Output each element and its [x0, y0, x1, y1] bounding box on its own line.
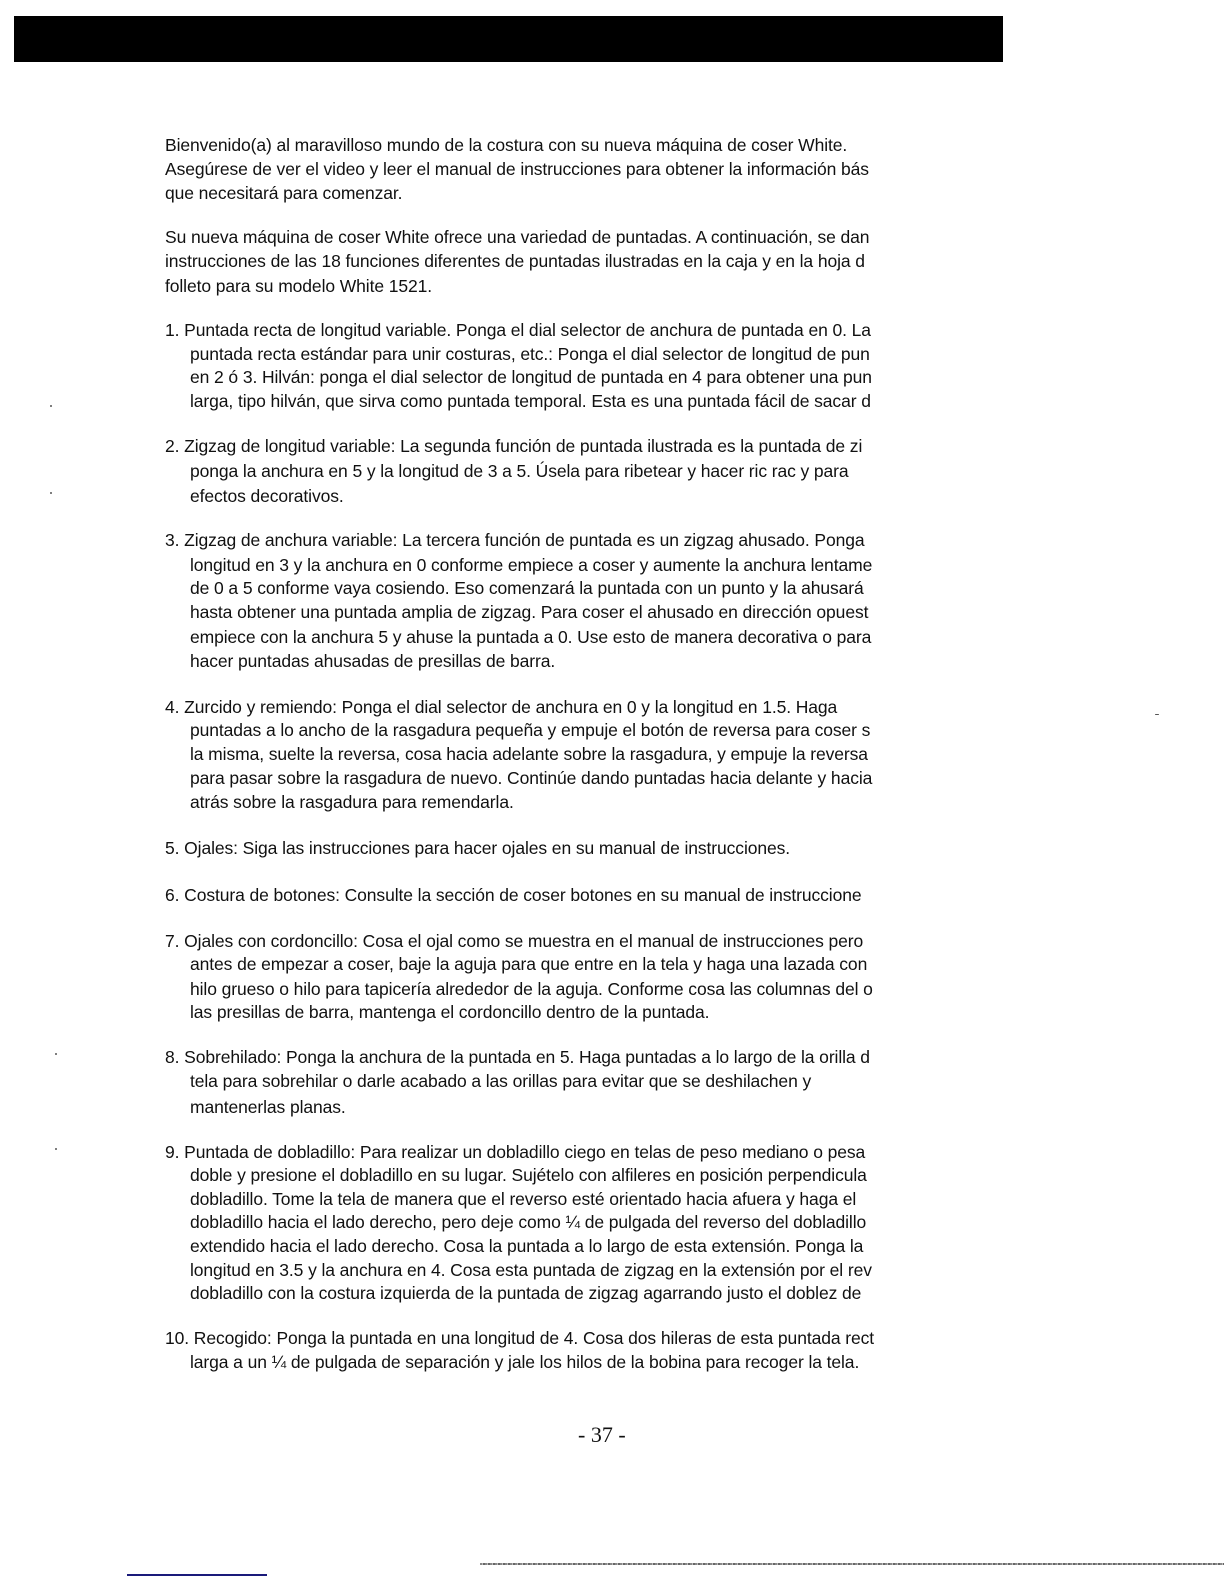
document-page: Bienvenido(a) al maravilloso mundo de la… [165, 0, 1005, 1584]
text-line: dobladillo con la costura izquierda de l… [190, 1283, 861, 1304]
scan-speck [55, 1053, 57, 1055]
page-number: - 37 - [578, 1422, 626, 1448]
text-line: larga a un ¼ de pulgada de separación y … [190, 1352, 859, 1373]
scan-footer-line [480, 1563, 1224, 1565]
text-line: hilo grueso o hilo para tapicería alrede… [190, 979, 873, 1000]
text-line: 4. Zurcido y remiendo: Ponga el dial sel… [165, 697, 837, 718]
text-line: larga, tipo hilván, que sirva como punta… [190, 391, 871, 412]
text-line: 6. Costura de botones: Consulte la secci… [165, 885, 862, 906]
text-line: para pasar sobre la rasgadura de nuevo. … [190, 768, 872, 789]
text-line: antes de empezar a coser, baje la aguja … [190, 954, 867, 975]
text-line: empiece con la anchura 5 y ahuse la punt… [190, 627, 871, 648]
text-line: 7. Ojales con cordoncillo: Cosa el ojal … [165, 931, 863, 952]
text-line: longitud en 3.5 y la anchura en 4. Cosa … [190, 1260, 872, 1281]
text-line: hasta obtener una puntada amplia de zigz… [190, 602, 868, 623]
footer-blue-rule [127, 1574, 267, 1576]
text-line: de 0 a 5 conforme vaya cosiendo. Eso com… [190, 578, 864, 599]
text-line: dobladillo. Tome la tela de manera que e… [190, 1189, 856, 1210]
text-line: extendido hacia el lado derecho. Cosa la… [190, 1236, 863, 1257]
text-line: Bienvenido(a) al maravilloso mundo de la… [165, 135, 847, 156]
text-line: 2. Zigzag de longitud variable: La segun… [165, 436, 862, 457]
text-line: 1. Puntada recta de longitud variable. P… [165, 320, 871, 341]
text-line: puntadas a lo ancho de la rasgadura pequ… [190, 720, 870, 741]
text-line: la misma, suelte la reversa, cosa hacia … [190, 744, 868, 765]
text-line: las presillas de barra, mantenga el cord… [190, 1002, 709, 1023]
text-line: puntada recta estándar para unir costura… [190, 344, 870, 365]
text-line: tela para sobrehilar o darle acabado a l… [190, 1071, 811, 1092]
text-line: 8. Sobrehilado: Ponga la anchura de la p… [165, 1047, 870, 1068]
scan-speck [50, 492, 52, 494]
text-line: doble y presione el dobladillo en su lug… [190, 1165, 867, 1186]
text-line: atrás sobre la rasgadura para remendarla… [190, 792, 514, 813]
text-line: 9. Puntada de dobladillo: Para realizar … [165, 1142, 865, 1163]
text-line: 10. Recogido: Ponga la puntada en una lo… [165, 1328, 874, 1349]
text-line: dobladillo hacia el lado derecho, pero d… [190, 1212, 866, 1233]
text-line: mantenerlas planas. [190, 1097, 346, 1118]
text-line: ponga la anchura en 5 y la longitud de 3… [190, 461, 849, 482]
text-line: longitud en 3 y la anchura en 0 conforme… [190, 555, 872, 576]
text-line: efectos decorativos. [190, 486, 344, 507]
text-line: 3. Zigzag de anchura variable: La tercer… [165, 530, 864, 551]
text-line: hacer puntadas ahusadas de presillas de … [190, 651, 555, 672]
text-line: en 2 ó 3. Hilván: ponga el dial selector… [190, 367, 872, 388]
scan-speck [1155, 714, 1159, 715]
text-line: folleto para su modelo White 1521. [165, 276, 432, 297]
text-line: Su nueva máquina de coser White ofrece u… [165, 227, 869, 248]
text-line: 5. Ojales: Siga las instrucciones para h… [165, 838, 790, 859]
scan-speck [55, 1148, 57, 1150]
scan-speck [50, 405, 52, 407]
text-line: Asegúrese de ver el video y leer el manu… [165, 159, 869, 180]
text-line: instrucciones de las 18 funciones difere… [165, 251, 865, 272]
text-line: que necesitará para comenzar. [165, 183, 402, 204]
